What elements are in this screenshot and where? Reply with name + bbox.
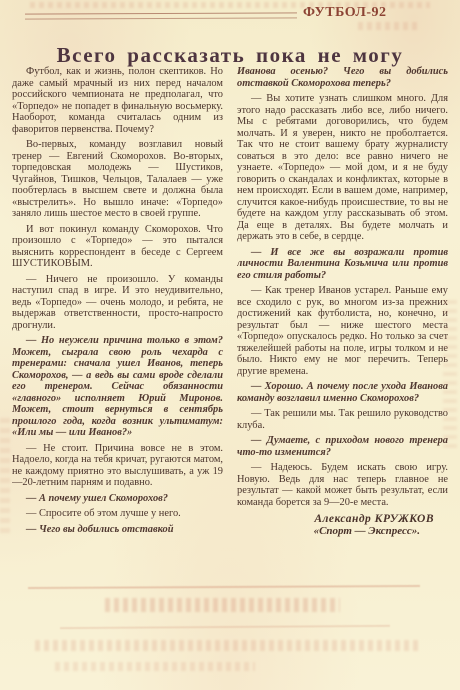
article-paragraph: — Не стоит. Причина вовсе не в этом. Над… xyxy=(12,443,223,489)
bleed-through-textline xyxy=(35,640,420,651)
article-paragraph: — Хорошо. А почему после ухода Иванова к… xyxy=(237,381,448,404)
article-paragraph: — И все же вы возражали против личности … xyxy=(237,247,448,282)
article-paragraph: Футбол, как и жизнь, полон скептиков. Но… xyxy=(12,66,223,135)
article-column-right: Иванова осенью? Чего вы добились отставк… xyxy=(237,66,448,586)
byline: Александр КРУЖКОВ«Спорт — Экспресс». xyxy=(237,514,448,537)
article-paragraph: Во-первых, команду возглавил новый трене… xyxy=(12,139,223,220)
article-paragraph: — А почему ушел Скоморохов? xyxy=(12,493,223,505)
article-paragraph: — Как тренер Иванов устарел. Раньше ему … xyxy=(237,285,448,377)
article-paragraph: — Чего вы добились отставкой xyxy=(12,524,223,536)
article-paragraph: Иванова осенью? Чего вы добились отставк… xyxy=(237,66,448,89)
masthead-label: ФУТБОЛ-92 xyxy=(303,5,387,21)
bleed-through-rule xyxy=(28,585,420,592)
byline-source: «Спорт — Экспресс». xyxy=(237,526,448,538)
article-paragraph: — Надеюсь. Будем искать свою игру. Новую… xyxy=(237,462,448,508)
bleed-through-rule xyxy=(60,625,390,632)
bleed-through-textline xyxy=(55,662,255,671)
article-title: Всего рассказать пока не могу xyxy=(0,43,460,68)
article-paragraph: — Вы хотите узнать слишком много. Для эт… xyxy=(237,93,448,243)
article-paragraph: — Так решили мы. Так решило руководство … xyxy=(237,408,448,431)
magazine-page: ФУТБОЛ-92 Всего рассказать пока не могу … xyxy=(0,0,460,690)
bleed-through-smudge xyxy=(358,22,420,30)
bleed-through-headline xyxy=(105,598,340,612)
masthead-rule xyxy=(25,12,297,19)
bleed-through-margin-left xyxy=(0,418,10,538)
article-paragraph: И вот покинул команду Скоморохов. Что пр… xyxy=(12,224,223,270)
article-paragraph: — Думаете, с приходом нового тренера что… xyxy=(237,435,448,458)
article-column-left: Футбол, как и жизнь, полон скептиков. Но… xyxy=(12,66,223,582)
article-paragraph: — Ничего не произошло. У команды наступи… xyxy=(12,274,223,332)
article-paragraph: — Спросите об этом лучше у него. xyxy=(12,508,223,520)
article-paragraph: — Но неужели причина только в этом? Може… xyxy=(12,335,223,439)
byline-author: Александр КРУЖКОВ xyxy=(237,514,448,526)
